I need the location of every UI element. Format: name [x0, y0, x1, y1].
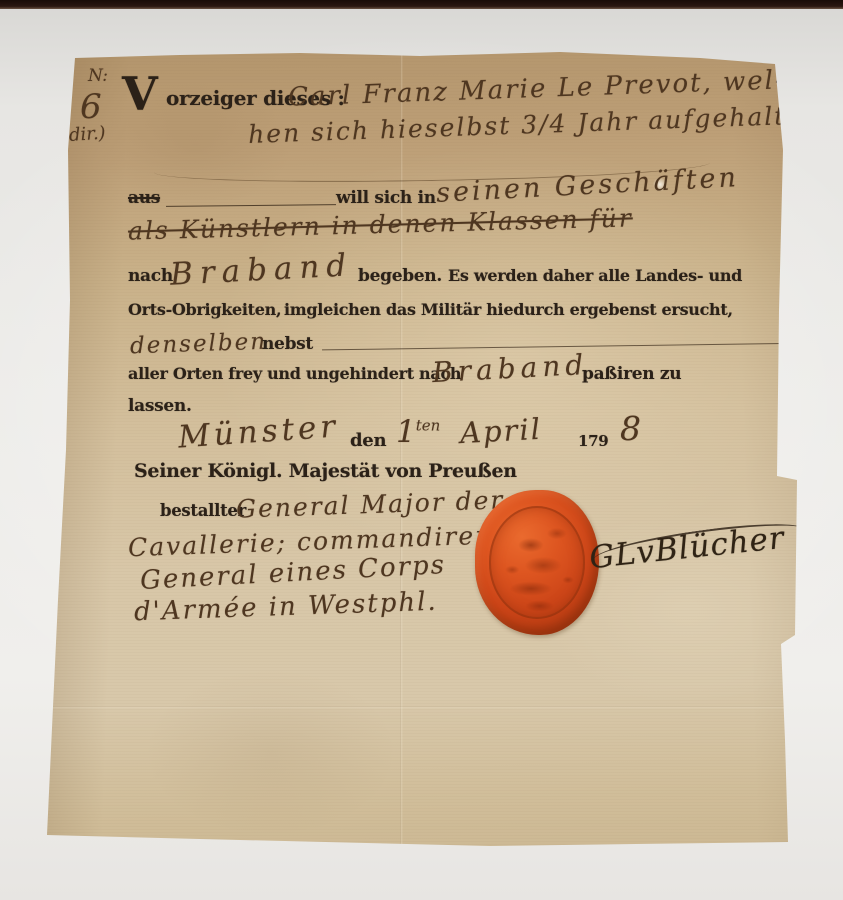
begeben-label: begeben.: [358, 268, 442, 286]
denselben-handwritten: denselben: [130, 330, 268, 359]
document-paper: N: 6 (dir.) V orzeiger dieses : Carl Fra…: [44, 50, 800, 848]
es-werden-line: Es werden daher alle Landes- und: [448, 268, 742, 285]
registry-number-note: (dir.): [61, 124, 106, 146]
day-ordinal-suffix: ten: [416, 417, 441, 435]
vorzeiger-drop-cap: V: [122, 70, 157, 118]
rank-handwritten-line4: d'Armée in Westphl.: [134, 589, 439, 627]
orts-obrigkeiten-label: Orts-Obrigkeiten,: [128, 302, 281, 319]
blank-fill-rule: [166, 204, 336, 207]
nebst-label: nebst: [262, 336, 313, 354]
rank-handwritten-line1: General Major der: [236, 487, 505, 523]
crossed-out-handwriting: als Künstlern in denen Klassen für: [128, 205, 633, 244]
red-wax-seal: [475, 490, 599, 635]
bestallter-label: bestallter: [160, 502, 246, 519]
majesty-line: Seiner Königl. Majestät von Preußen: [134, 462, 517, 482]
day-number: 1: [396, 414, 416, 450]
day-handwritten: 1ten: [396, 416, 440, 449]
registry-number-value: 6: [80, 90, 102, 126]
place-handwritten: Münster: [177, 410, 340, 454]
aus-label-struck: aus: [128, 190, 160, 208]
photo-top-edge: [0, 0, 843, 9]
destination2-handwritten: Braband: [431, 350, 589, 388]
lassen-label: lassen.: [128, 398, 192, 416]
year-printed: 179: [578, 434, 608, 450]
den-label: den: [350, 432, 386, 451]
imgleichen-line: imgleichen das Militär hiedurch ergebens…: [284, 302, 733, 319]
horizontal-fold-crease: [44, 706, 800, 709]
aller-orten-line: aller Orten frey und ungehindert nach: [128, 366, 461, 383]
year-last-digit-handwritten: 8: [620, 412, 641, 447]
will-sich-in-label: will sich in: [336, 190, 436, 208]
month-handwritten: April: [459, 414, 542, 449]
passiren-label: paßiren zu: [582, 366, 681, 384]
registry-number-label: N:: [88, 68, 108, 86]
nach-label: nach: [128, 268, 173, 286]
signature-handwritten: GLvBlücher: [588, 520, 787, 576]
destination-handwritten: Braband: [169, 249, 354, 291]
